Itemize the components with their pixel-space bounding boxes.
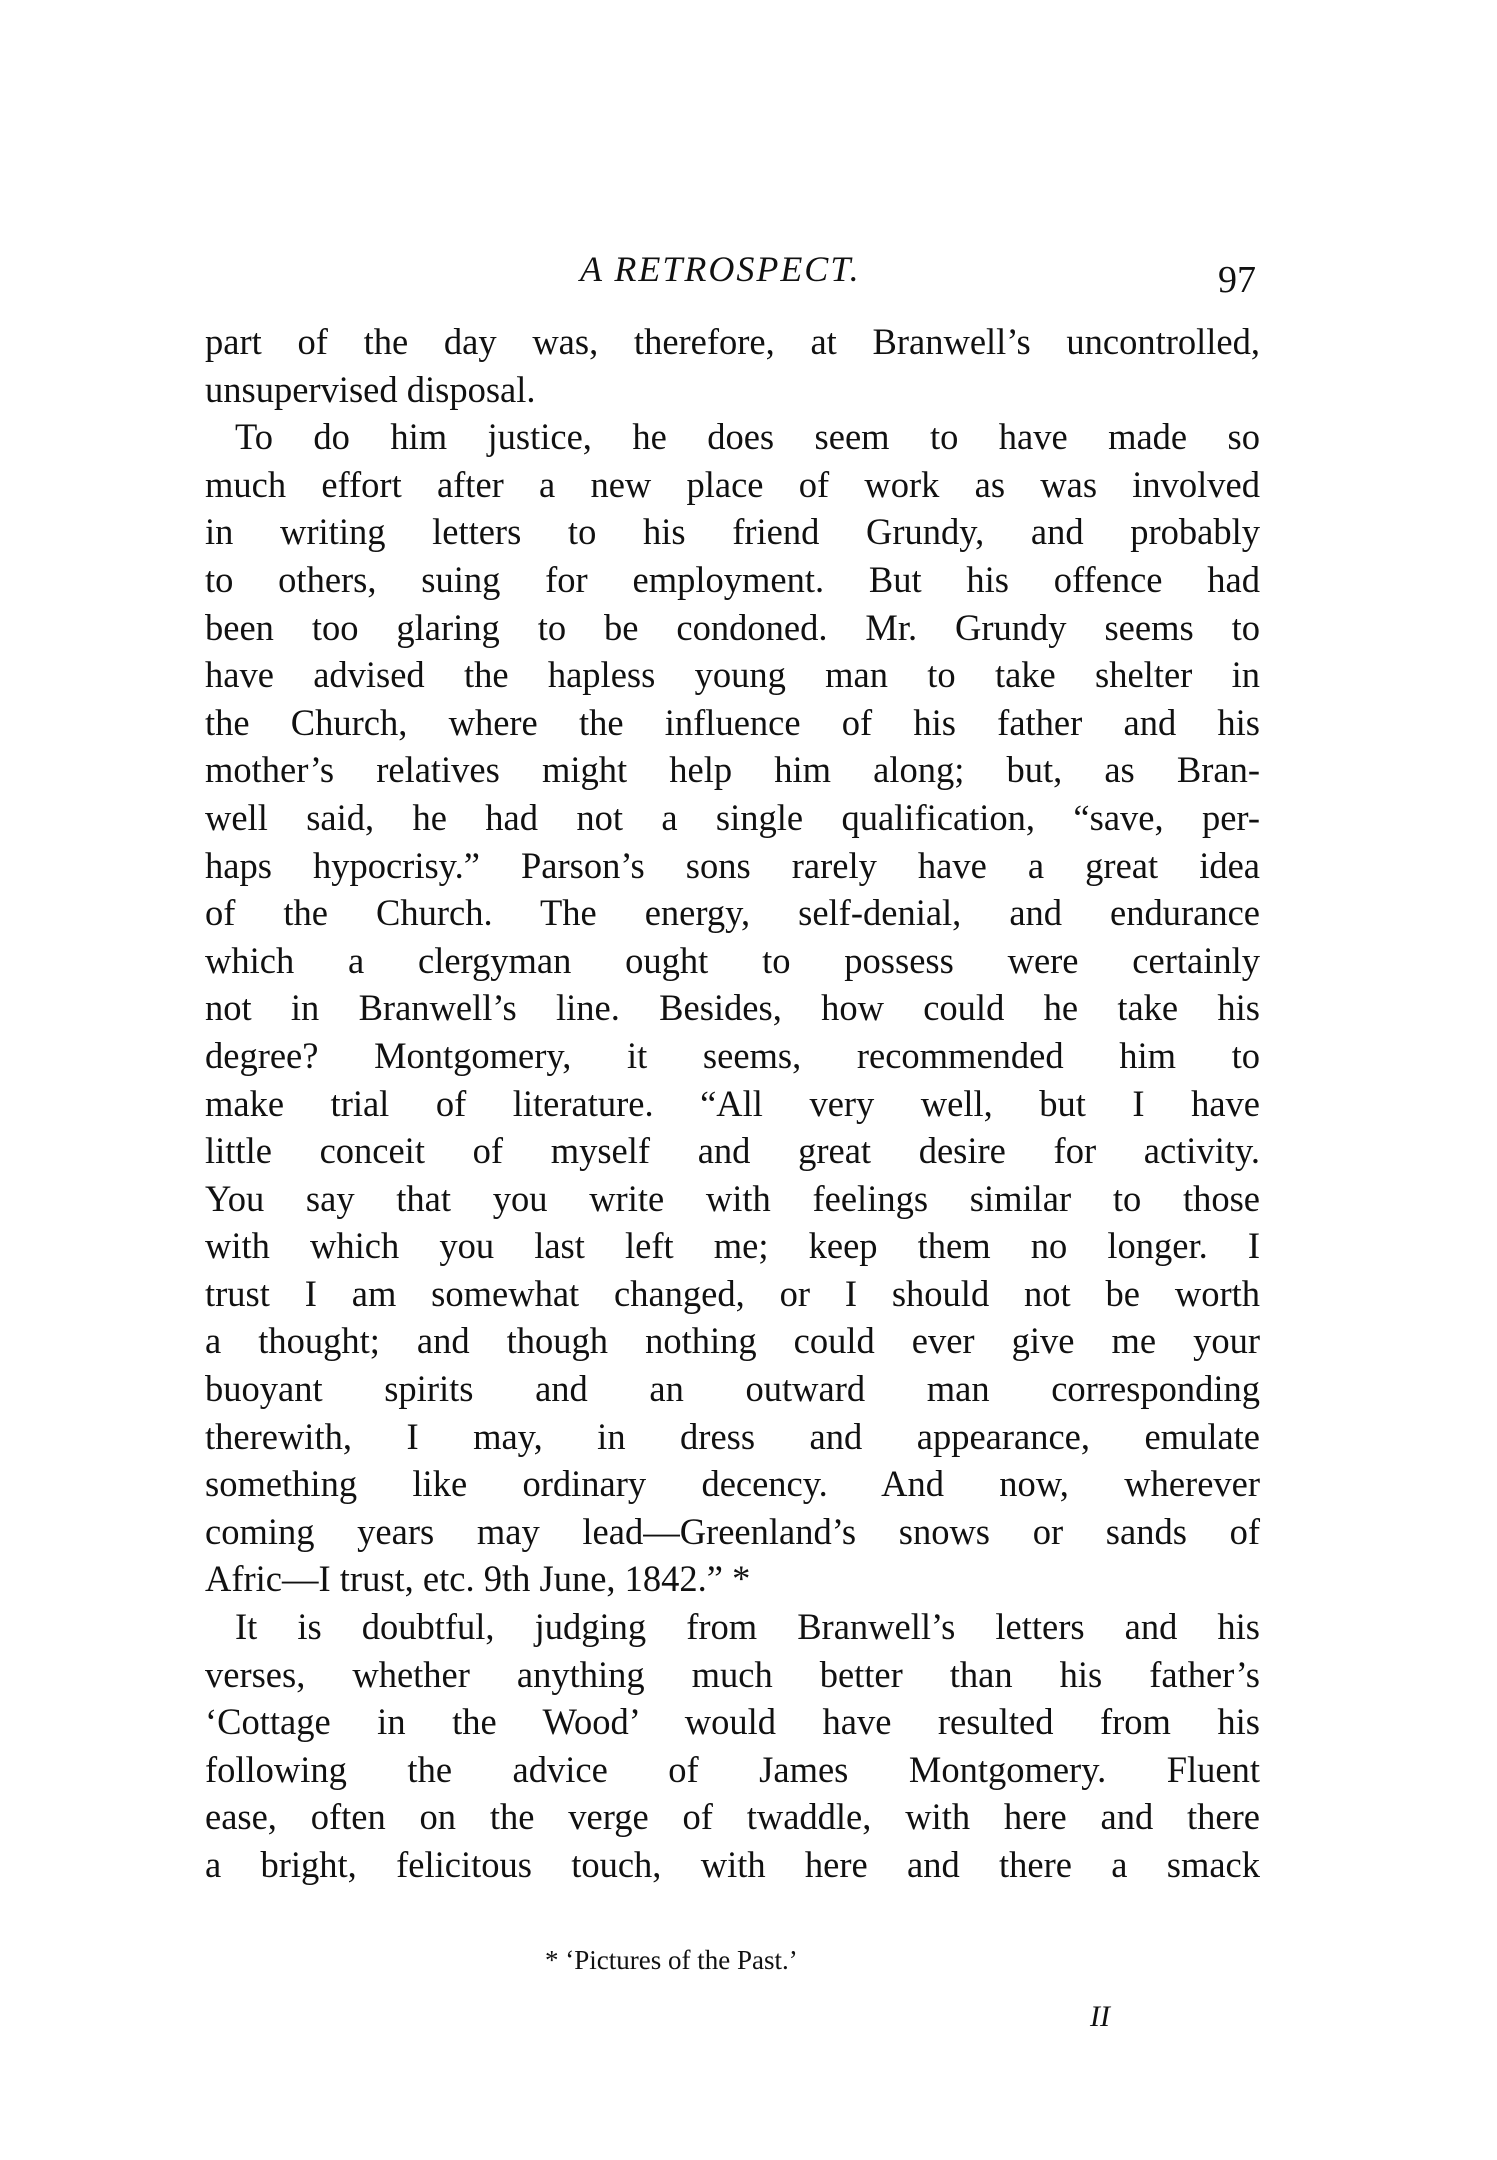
text-line: in writing letters to his friend Grundy,… [205,508,1260,556]
text-line: degree? Montgomery, it seems, recommende… [205,1032,1260,1080]
text-line: something like ordinary decency. And now… [205,1460,1260,1508]
text-line: to others, suing for employment. But his… [205,556,1260,604]
text-line: part of the day was, therefore, at Branw… [205,318,1260,366]
text-line: To do him justice, he does seem to have … [205,413,1260,461]
text-line: a thought; and though nothing could ever… [205,1317,1260,1365]
signature-mark: II [1090,2000,1110,2034]
text-line: unsupervised disposal. [205,366,1260,414]
text-line: not in Branwell’s line. Besides, how cou… [205,984,1260,1032]
body-text: part of the day was, therefore, at Branw… [205,318,1260,1889]
footnote: * ‘Pictures of the Past.’ [545,1945,798,1976]
text-line: ‘Cottage in the Wood’ would have resulte… [205,1698,1260,1746]
text-line: the Church, where the influence of his f… [205,699,1260,747]
text-line: It is doubtful, judging from Branwell’s … [205,1603,1260,1651]
text-line: coming years may lead—Greenland’s snows … [205,1508,1260,1556]
text-line: well said, he had not a single qualifica… [205,794,1260,842]
text-line: a bright, felicitous touch, with here an… [205,1841,1260,1889]
text-line: which a clergyman ought to possess were … [205,937,1260,985]
text-line: of the Church. The energy, self-denial, … [205,889,1260,937]
text-line: mother’s relatives might help him along;… [205,746,1260,794]
text-line: Afric—I trust, etc. 9th June, 1842.” * [205,1555,1260,1603]
text-line: been too glaring to be condoned. Mr. Gru… [205,604,1260,652]
text-line: make trial of literature. “All very well… [205,1080,1260,1128]
text-line: ease, often on the verge of twaddle, wit… [205,1793,1260,1841]
text-line: much effort after a new place of work as… [205,461,1260,509]
text-line: buoyant spirits and an outward man corre… [205,1365,1260,1413]
running-title: A RETROSPECT. [580,248,861,290]
text-line: have advised the hapless young man to ta… [205,651,1260,699]
text-line: therewith, I may, in dress and appearanc… [205,1413,1260,1461]
text-line: haps hypocrisy.” Parson’s sons rarely ha… [205,842,1260,890]
book-page: A RETROSPECT. 97 part of the day was, th… [0,0,1497,2160]
page-number: 97 [1218,258,1256,302]
text-line: trust I am somewhat changed, or I should… [205,1270,1260,1318]
text-line: following the advice of James Montgomery… [205,1746,1260,1794]
text-line: with which you last left me; keep them n… [205,1222,1260,1270]
text-line: verses, whether anything much better tha… [205,1651,1260,1699]
text-line: little conceit of myself and great desir… [205,1127,1260,1175]
text-line: You say that you write with feelings sim… [205,1175,1260,1223]
